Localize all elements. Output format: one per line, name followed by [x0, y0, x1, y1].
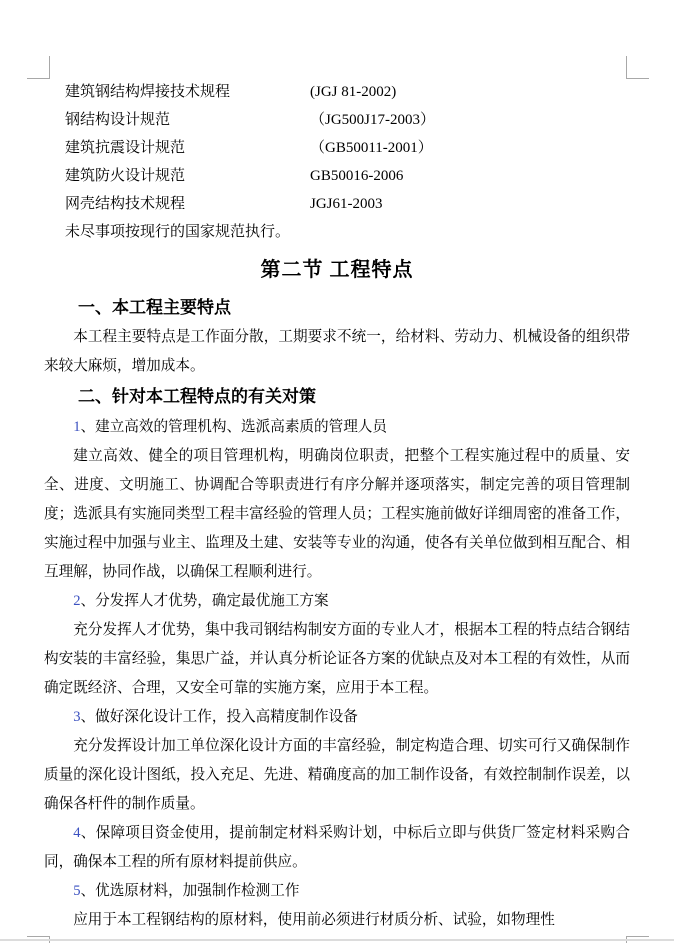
item-3-heading: 3、做好深化设计工作，投入高精度制作设备	[44, 703, 630, 732]
standard-code: (JGJ 81-2002)	[310, 78, 396, 106]
page-bottom-edge	[0, 939, 674, 941]
item-5-heading-text: 优选原材料，加强制作检测工作	[95, 883, 299, 899]
document-content: 建筑钢结构焊接技术规程(JGJ 81-2002) 钢结构设计规范（JG500J1…	[0, 0, 674, 935]
standard-name: 建筑防火设计规范	[65, 162, 310, 190]
standard-name: 建筑钢结构焊接技术规程	[65, 78, 310, 106]
subsection-title-1: 一、本工程主要特点	[44, 298, 630, 317]
standard-code: （JG500J17-2003）	[310, 106, 435, 134]
standard-row: 钢结构设计规范（JG500J17-2003）	[65, 106, 630, 134]
item-3-body: 充分发挥设计加工单位深化设计方面的丰富经验，制定构造合理、切实可行又确保制作质量…	[44, 732, 630, 819]
subsection-1-paragraph: 本工程主要特点是工作面分散，工期要求不统一，给材料、劳动力、机械设备的组织带来较…	[44, 323, 630, 381]
standard-row: 建筑钢结构焊接技术规程(JGJ 81-2002)	[65, 78, 630, 106]
standard-code: （GB50011-2001）	[310, 134, 433, 162]
subsection-title-2: 二、针对本工程特点的有关对策	[44, 387, 630, 406]
item-1-body: 建立高效、健全的项目管理机构，明确岗位职责，把整个工程实施过程中的质量、安全、进…	[44, 442, 630, 587]
item-1-heading-text: 建立高效的管理机构、选派高素质的管理人员	[95, 419, 387, 435]
item-4-heading: 4、保障项目资金使用，提前制定材料采购计划，中标后立即与供货厂签定材料采购合同，…	[44, 819, 630, 877]
section-title: 第二节 工程特点	[44, 260, 630, 281]
standard-code: GB50016-2006	[310, 162, 403, 190]
standard-code: JGJ61-2003	[310, 190, 383, 218]
standard-row: 建筑防火设计规范GB50016-2006	[65, 162, 630, 190]
item-2-separator: 、	[80, 593, 95, 609]
item-1-separator: 、	[80, 419, 95, 435]
standards-note: 未尽事项按现行的国家规范执行。	[65, 218, 630, 246]
item-1-heading: 1、建立高效的管理机构、选派高素质的管理人员	[44, 413, 630, 442]
item-5-heading: 5、优选原材料，加强制作检测工作	[44, 877, 630, 906]
item-3-separator: 、	[80, 709, 95, 725]
standard-row: 网壳结构技术规程JGJ61-2003	[65, 190, 630, 218]
countermeasure-items: 1、建立高效的管理机构、选派高素质的管理人员 建立高效、健全的项目管理机构，明确…	[44, 413, 630, 935]
document-page: 建筑钢结构焊接技术规程(JGJ 81-2002) 钢结构设计规范（JG500J1…	[0, 0, 674, 943]
standard-name: 钢结构设计规范	[65, 106, 310, 134]
item-2-heading-text: 分发挥人才优势，确定最优施工方案	[95, 593, 329, 609]
item-4-heading-text: 保障项目资金使用，提前制定材料采购计划，中标后立即与供货厂签定材料采购合同，确保…	[44, 825, 630, 870]
item-2-heading: 2、分发挥人才优势，确定最优施工方案	[44, 587, 630, 616]
item-5-body: 应用于本工程钢结构的原材料，使用前必须进行材质分析、试验，如物理性	[44, 906, 630, 935]
standards-list: 建筑钢结构焊接技术规程(JGJ 81-2002) 钢结构设计规范（JG500J1…	[44, 78, 630, 246]
standard-name: 网壳结构技术规程	[65, 190, 310, 218]
item-3-heading-text: 做好深化设计工作，投入高精度制作设备	[95, 709, 358, 725]
item-5-separator: 、	[80, 883, 95, 899]
item-4-separator: 、	[80, 825, 95, 841]
item-2-body: 充分发挥人才优势，集中我司钢结构制安方面的专业人才，根据本工程的特点结合钢结构安…	[44, 616, 630, 703]
standard-row: 建筑抗震设计规范（GB50011-2001）	[65, 134, 630, 162]
standard-name: 建筑抗震设计规范	[65, 134, 310, 162]
